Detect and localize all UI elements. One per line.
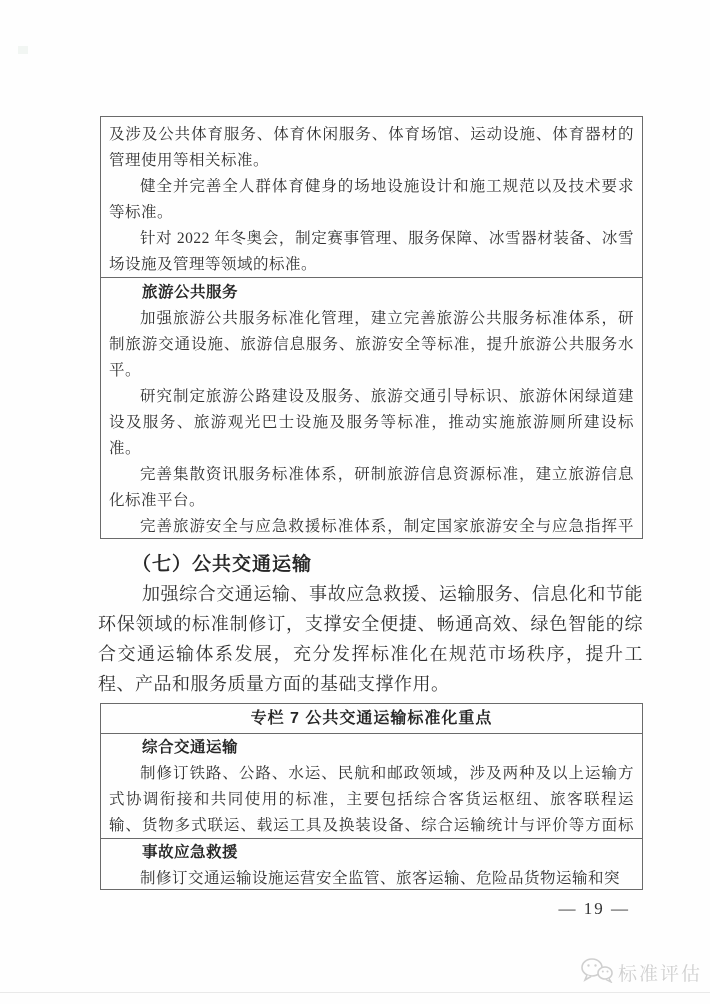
sports-paragraph: 及涉及公共体育服务、体育休闲服务、体育场馆、运动设施、体育器材的管理使用等相关标… (109, 122, 634, 174)
page-edge-line (0, 992, 710, 993)
integrated-transport-paragraph: 制修订铁路、公路、水运、民航和邮政领域，涉及两种及以上运输方式协调衔接和共同使用… (109, 761, 634, 838)
policy-box-sports-tourism: 及涉及公共体育服务、体育休闲服务、体育场馆、运动设施、体育器材的管理使用等相关标… (100, 116, 643, 539)
section-7-body: 加强综合交通运输、事故应急救援、运输服务、信息化和节能环保领域的标准制修订，支撑… (98, 579, 643, 699)
scan-artifact (18, 46, 28, 54)
sports-paragraph: 针对 2022 年冬奥会，制定赛事管理、服务保障、冰雪器材装备、冰雪场设施及管理… (109, 226, 634, 277)
tourism-paragraph: 完善集散资讯服务标准体系，研制旅游信息资源标准，建立旅游信息化标准平台。 (109, 462, 634, 514)
wechat-icon (580, 957, 614, 988)
watermark-label: 标准评估 (618, 959, 702, 986)
integrated-transport-section: 综合交通运输 制修订铁路、公路、水运、民航和邮政领域，涉及两种及以上运输方式协调… (101, 734, 642, 838)
integrated-transport-heading: 综合交通运输 (109, 735, 634, 761)
document-page: 及涉及公共体育服务、体育休闲服务、体育场馆、运动设施、体育器材的管理使用等相关标… (0, 0, 710, 1004)
tourism-services-section: 旅游公共服务 加强旅游公共服务标准化管理，建立完善旅游公共服务标准体系，研制旅游… (101, 278, 642, 538)
tourism-paragraph: 研究制定旅游公路建设及服务、旅游交通引导标识、旅游休闲绿道建设及服务、旅游观光巴… (109, 384, 634, 462)
policy-box-7-transport: 专栏 7 公共交通运输标准化重点 综合交通运输 制修订铁路、公路、水运、民航和邮… (100, 703, 643, 890)
tourism-paragraph: 加强旅游公共服务标准化管理，建立完善旅游公共服务标准体系，研制旅游交通设施、旅游… (109, 306, 634, 384)
box-7-title: 专栏 7 公共交通运输标准化重点 (101, 704, 642, 734)
emergency-rescue-section: 事故应急救援 制修订交通运输设施运营安全监管、旅客运输、危险品货物运输和突 (101, 839, 642, 890)
tourism-section-heading: 旅游公共服务 (109, 280, 634, 306)
section-7-heading: （七）公共交通运输 (98, 549, 643, 576)
sports-standards-section: 及涉及公共体育服务、体育休闲服务、体育场馆、运动设施、体育器材的管理使用等相关标… (101, 117, 642, 277)
watermark: 标准评估 (580, 957, 702, 988)
page-number: — 19 — (559, 899, 631, 919)
tourism-paragraph: 完善旅游安全与应急救援标准体系，制定国家旅游安全与应急指挥平台建设、旅游紧急救援… (109, 514, 634, 538)
emergency-rescue-paragraph: 制修订交通运输设施运营安全监管、旅客运输、危险品货物运输和突 (109, 866, 634, 890)
sports-paragraph: 健全并完善全人群体育健身的场地设施设计和施工规范以及技术要求等标准。 (109, 174, 634, 226)
emergency-rescue-heading: 事故应急救援 (109, 840, 634, 866)
